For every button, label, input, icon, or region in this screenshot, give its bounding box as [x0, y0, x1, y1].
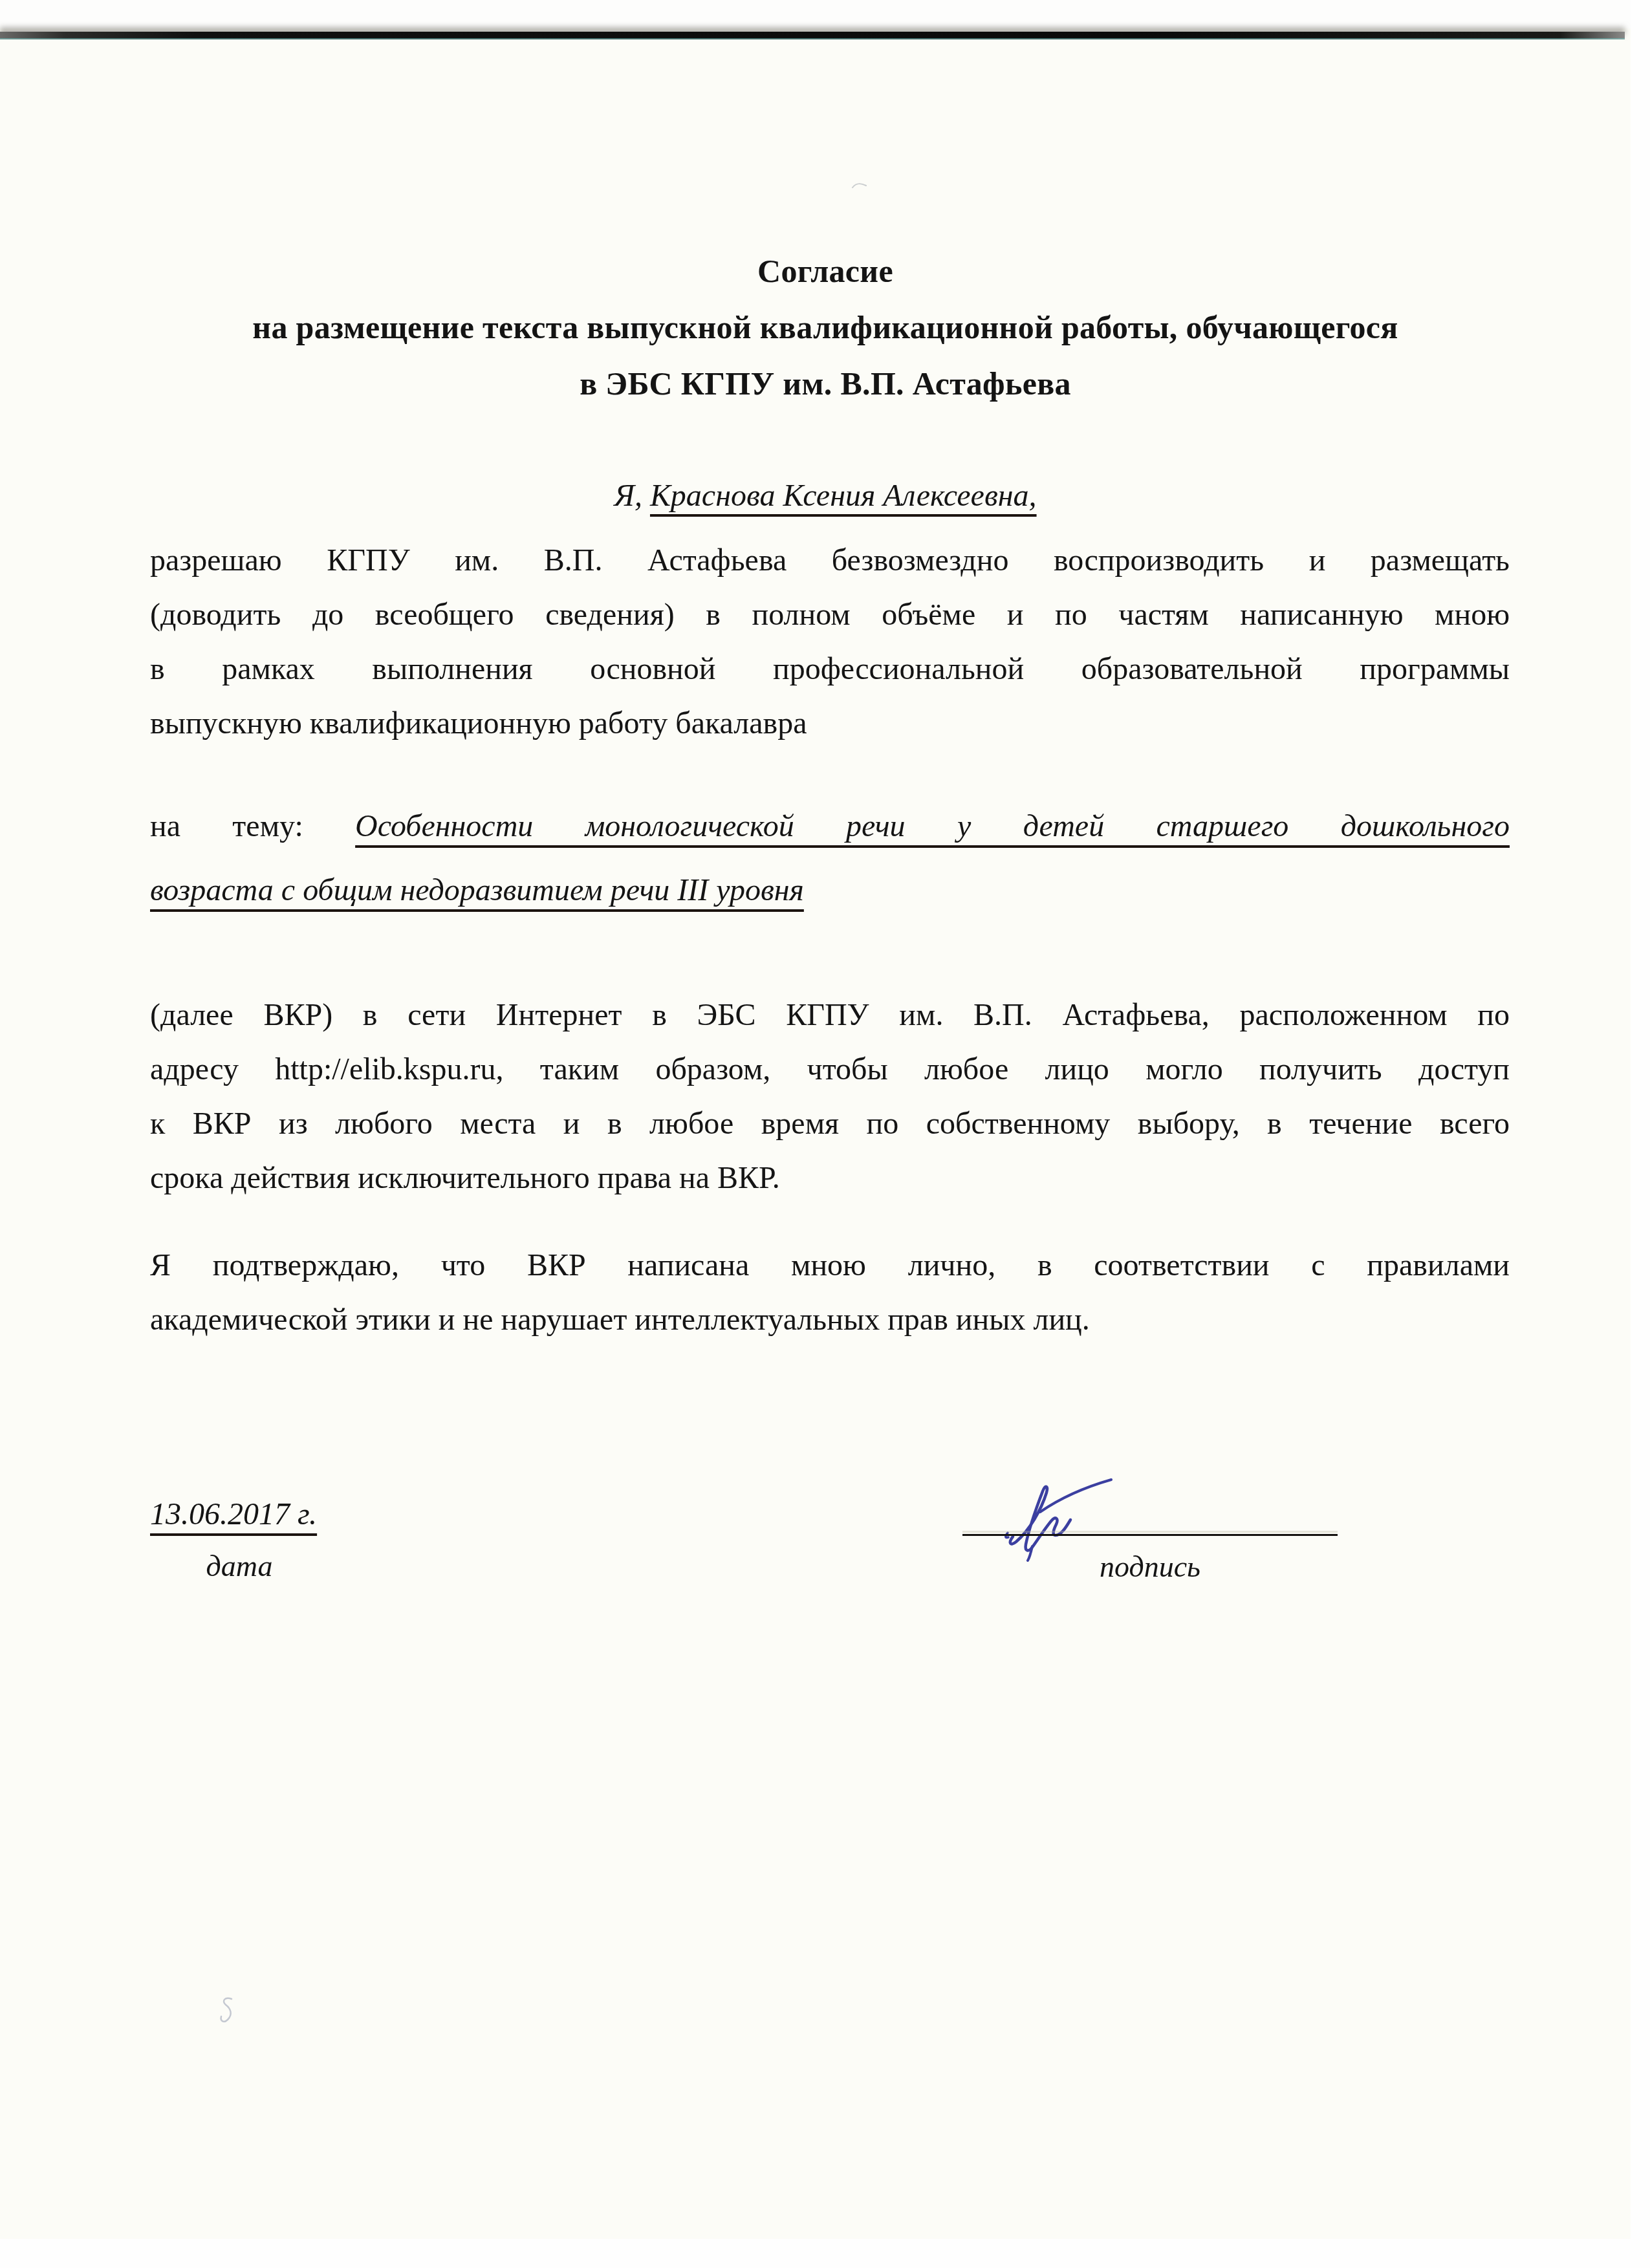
scanned-consent-document-page: Согласие на размещение текста выпускной …	[0, 0, 1650, 2268]
paragraph-line: (доводить до всеобщего сведения) в полно…	[150, 588, 1510, 642]
signature-line	[962, 1534, 1338, 1536]
paragraph-line: в рамках выполнения основной профессиона…	[150, 642, 1510, 697]
signature-label: подпись	[962, 1550, 1338, 1584]
date-label: дата	[155, 1549, 323, 1584]
declarant-line: Я, Краснова Ксения Алексеевна,	[146, 477, 1504, 515]
date-value: 13.06.2017 г.	[150, 1496, 317, 1533]
paragraph-line: (далее ВКР) в сети Интернет в ЭБС КГПУ и…	[150, 988, 1510, 1042]
permission-paragraph: разрешаю КГПУ им. В.П. Астафьева безвозм…	[150, 534, 1510, 751]
paragraph-line: адресу http://elib.kspu.ru, таким образо…	[150, 1042, 1510, 1097]
topic-prefix: на тему:	[150, 809, 355, 843]
document-title: Согласие на размещение текста выпускной …	[146, 243, 1504, 412]
handwritten-signature	[1004, 1474, 1124, 1562]
paragraph-line: срока действия исключительного права на …	[150, 1151, 1510, 1205]
paper-smudge-mark	[851, 181, 868, 190]
scanner-artifact-band	[0, 32, 1625, 39]
declarant-prefix: Я,	[614, 479, 650, 513]
paragraph-line: выпускную квалификационную работу бакала…	[150, 697, 1510, 751]
ethics-paragraph: Я подтверждаю, что ВКР написана мною лич…	[150, 1238, 1510, 1347]
title-line-3: в ЭБС КГПУ им. В.П. Астафьева	[146, 356, 1504, 412]
paragraph-line: разрешаю КГПУ им. В.П. Астафьева безвозм…	[150, 534, 1510, 588]
paper-edge-bottom	[0, 2239, 1650, 2268]
title-line-1: Согласие	[146, 243, 1504, 299]
thesis-topic-underlined-part1: Особенности монологической речи у детей …	[355, 809, 1510, 843]
paragraph-line: академической этики и не нарушает интелл…	[150, 1293, 1510, 1347]
title-line-2: на размещение текста выпускной квалифика…	[146, 299, 1504, 356]
thesis-topic-line-2: возраста с общим недоразвитием речи III …	[150, 858, 1510, 922]
paragraph-line: к ВКР из любого места и в любое время по…	[150, 1097, 1510, 1151]
thesis-topic-line-1: на тему: Особенности монологической речи…	[150, 794, 1510, 858]
paper-edge-right	[1631, 0, 1650, 2268]
thesis-topic-block: на тему: Особенности монологической речи…	[150, 794, 1510, 922]
paper-smudge-s-mark	[219, 1996, 237, 2027]
paper-edge-top	[0, 0, 1650, 28]
access-paragraph: (далее ВКР) в сети Интернет в ЭБС КГПУ и…	[150, 988, 1510, 1205]
paragraph-line: Я подтверждаю, что ВКР написана мною лич…	[150, 1238, 1510, 1293]
declarant-name-underlined: Краснова Ксения Алексеевна,	[650, 479, 1037, 513]
thesis-topic-underlined-part2: возраста с общим недоразвитием речи III …	[150, 873, 804, 907]
